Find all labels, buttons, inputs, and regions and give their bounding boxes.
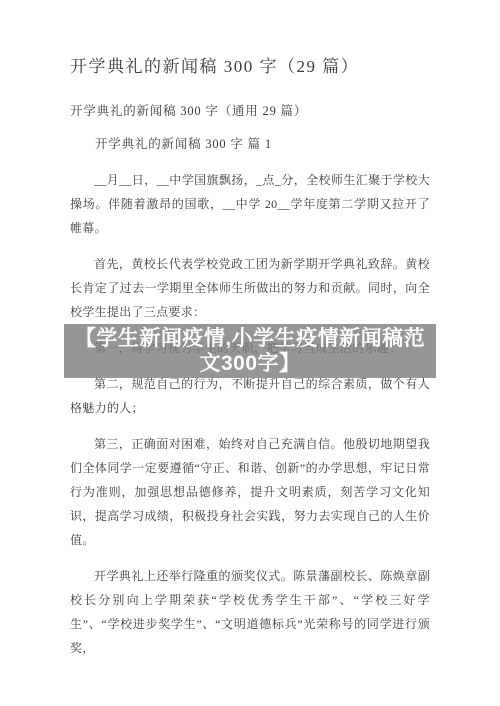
paragraph-5: 第三，正确面对困难，始终对自己充满自信。他殷切地期望我们全体同学一定要遵循“守正…	[70, 432, 430, 552]
overlay-banner-line-2: 文300字】	[64, 351, 436, 376]
section-heading: 开学典礼的新闻稿 300 字 篇 1	[70, 134, 430, 154]
paragraph-1: __月__日，__中学国旗飘扬，_点_分，全校师生汇聚于学校大操场。伴随着激昂的…	[70, 168, 430, 240]
paragraph-6: 开学典礼上还举行隆重的颁奖仪式。陈景藩副校长、陈焕章副校长分别向上学期荣获“学校…	[70, 564, 430, 660]
paragraph-4: 第二，规范自己的行为，不断提升自己的综合素质，做个有人格魅力的人；	[70, 372, 430, 420]
overlay-banner-line-1: 【学生新闻疫情,小学生疫情新闻稿范	[64, 326, 436, 351]
page-title: 开学典礼的新闻稿 300 字（29 篇）	[70, 54, 430, 80]
document-page: 开学典礼的新闻稿 300 字（29 篇） 开学典礼的新闻稿 300 字（通用 2…	[0, 0, 500, 706]
overlay-banner[interactable]: 【学生新闻疫情,小学生疫情新闻稿范 文300字】	[64, 324, 436, 378]
doc-subtitle: 开学典礼的新闻稿 300 字（通用 29 篇）	[70, 101, 430, 121]
paragraph-2: 首先，黄校长代表学校党政工团为新学期开学典礼致辞。黄校长肯定了过去一学期里全体师…	[70, 252, 430, 324]
